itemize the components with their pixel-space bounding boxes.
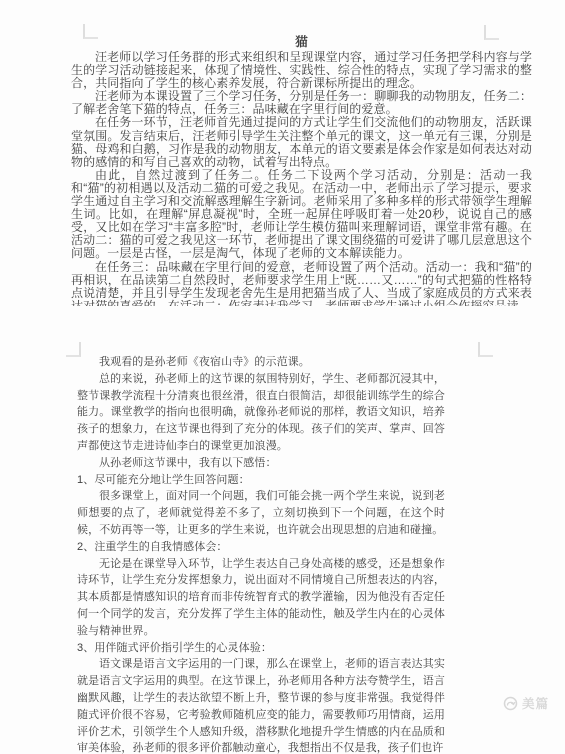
paragraph: 在任务一环节，汪老师首先通过提问的方式让学生们交流他们的动物朋友，活跃课堂氛围。… — [71, 116, 532, 168]
meipian-logo-icon — [503, 696, 518, 711]
numbered-item-3: 3、用伴随式评价指引学生的心灵体验： — [77, 640, 445, 657]
numbered-item-2: 2、注重学生的自我情感体会： — [77, 539, 445, 556]
paragraph: 在任务三：品味藏在字里行间的爱意，老师设置了两个活动。活动一：我和“猫”的再相识… — [71, 261, 532, 307]
text-boundary-mark-page2-right — [478, 342, 493, 357]
paragraph: 很多课堂上，面对同一个问题，我们可能会挑一两个学生来说，说到老师想要的点了，老师… — [77, 488, 445, 538]
paragraph: 无论是在课堂导入环节，让学生表达自己身处高楼的感受，还是想象作诗环节，让学生充分… — [77, 556, 445, 640]
paragraph: 由此，自然过渡到了任务二。任务二下设两个学习活动，分别是：活动一我和“猫”的初相… — [71, 169, 532, 261]
page-2: 我观看的是孙老师《夜宿山寺》的示范课。 总的来说，孙老师上的这节课的氛围特别好，… — [77, 354, 445, 754]
paragraph: 总的来说，孙老师上的这节课的氛围特别好，学生、老师都沉浸其中，整节课教学流程十分… — [77, 371, 445, 455]
document-viewer: 猫 汪老师以学习任务群的形式来组织和呈现课堂内容，通过学习任务把学科内容与学生的… — [0, 0, 565, 754]
paragraph: 汪老师为本课设置了三个学习任务，分别是任务一：聊聊我的动物朋友，任务二：了解老舍… — [71, 90, 532, 116]
page-1: 猫 汪老师以学习任务群的形式来组织和呈现课堂内容，通过学习任务把学科内容与学生的… — [71, 35, 532, 306]
paragraph: 语文课是语言文字运用的一门课，那么在课堂上，老师的语言表达其实就是语言文字运用的… — [77, 656, 445, 754]
paragraph: 汪老师以学习任务群的形式来组织和呈现课堂内容，通过学习任务把学科内容与学生的学习… — [71, 51, 532, 90]
document-title: 猫 — [71, 35, 532, 50]
watermark-brand-text: 美篇 — [522, 694, 549, 712]
meipian-watermark: 美篇 — [503, 694, 549, 712]
numbered-item-1: 1、尽可能充分地让学生回答问题： — [77, 472, 445, 489]
paragraph: 我观看的是孙老师《夜宿山寺》的示范课。 — [77, 354, 445, 371]
paragraph: 从孙老师这节课中，我有以下感悟： — [77, 455, 445, 472]
